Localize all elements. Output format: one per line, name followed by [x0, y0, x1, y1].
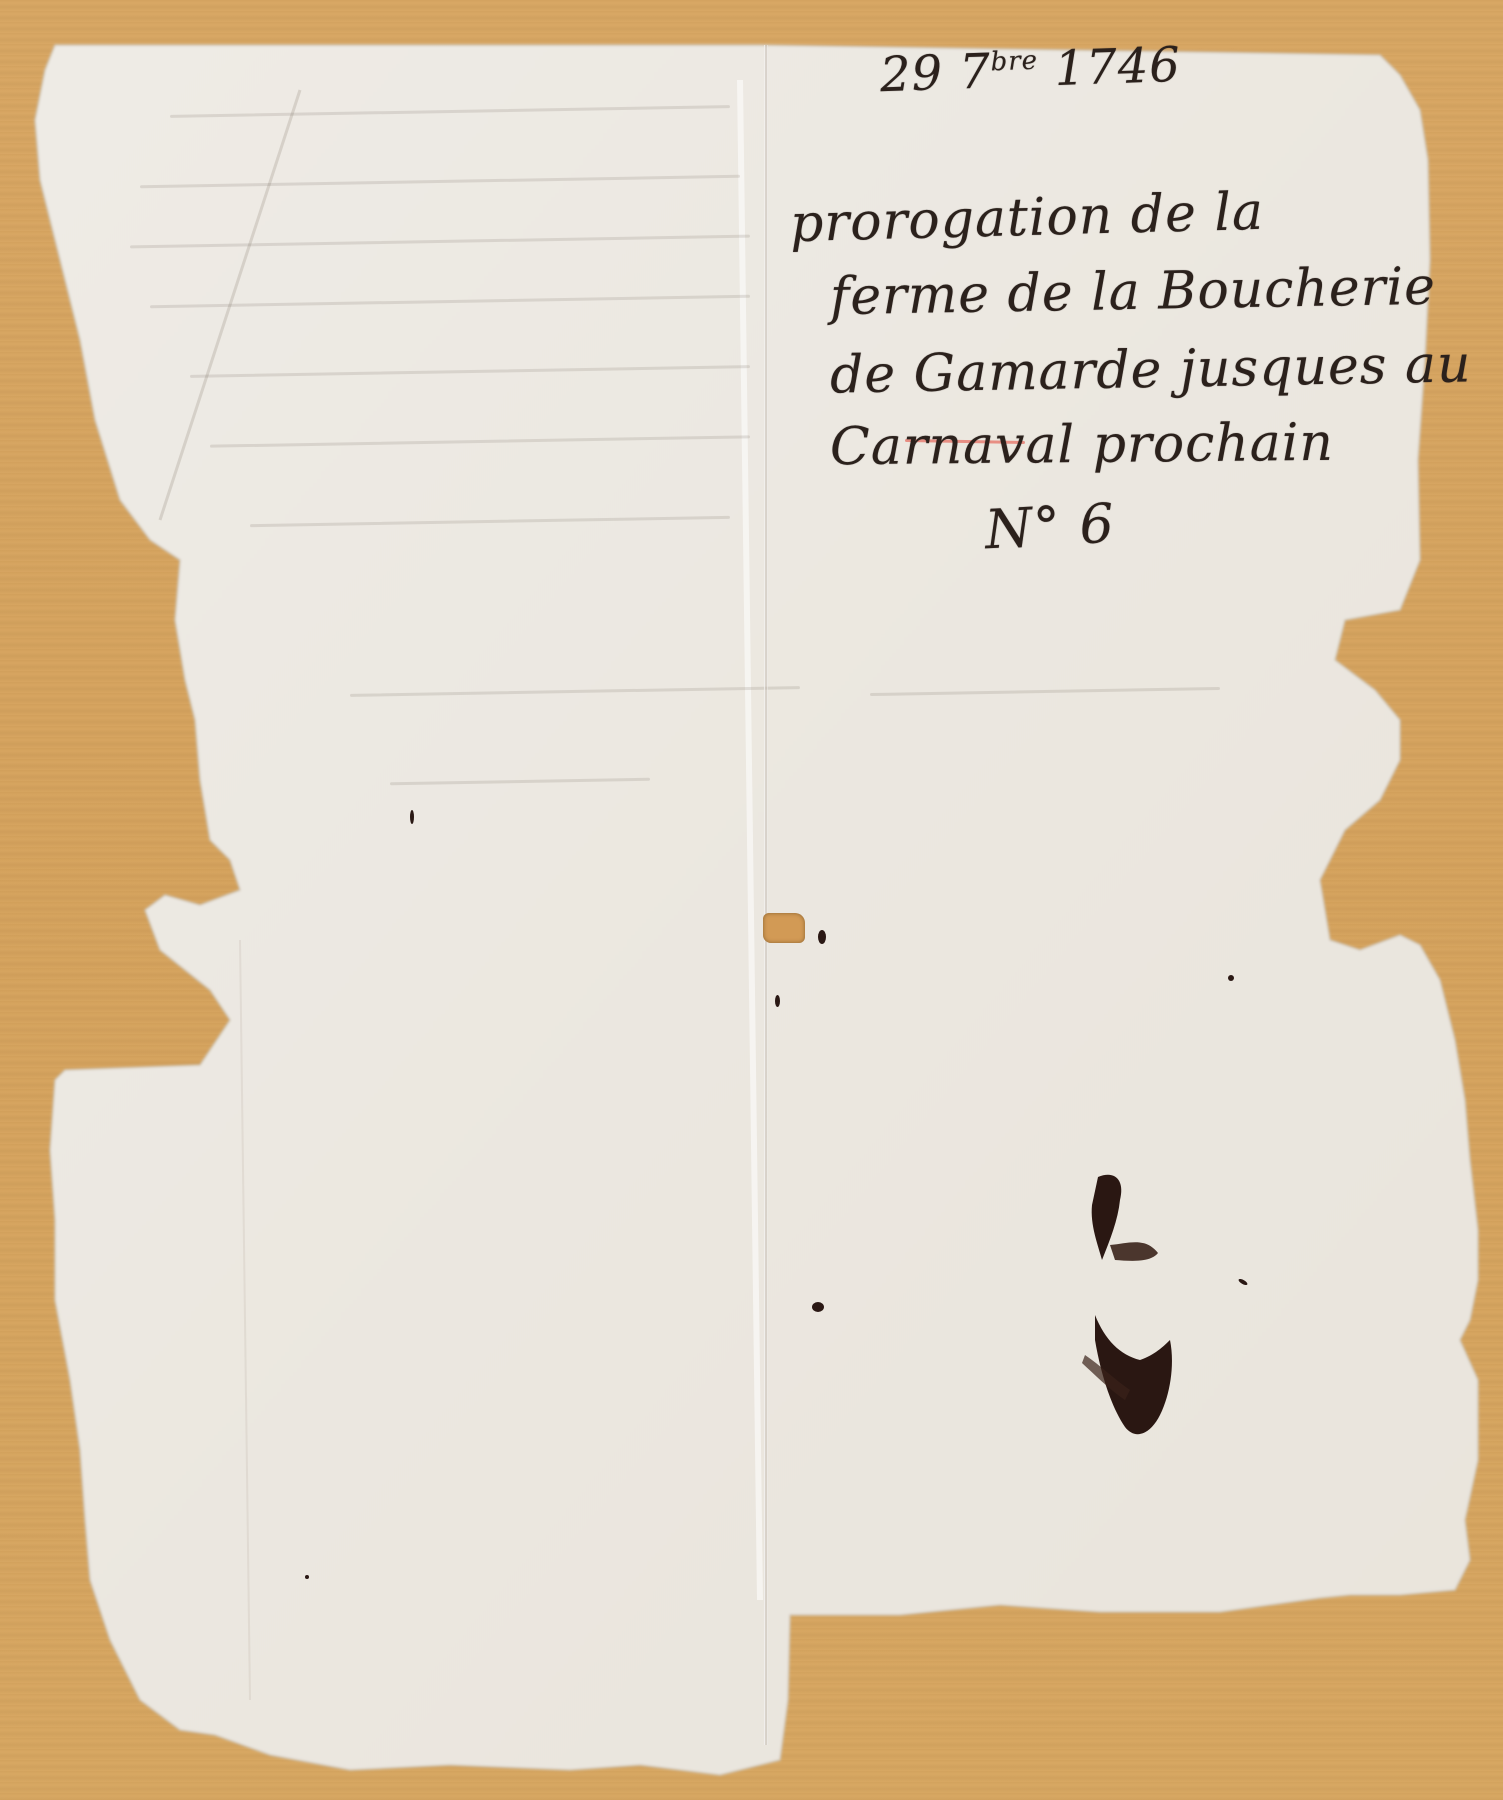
docket-line-4: Carnaval prochain	[830, 413, 1334, 477]
docket-date: 29 7bre 1746	[879, 37, 1182, 103]
paper-hole	[763, 913, 805, 943]
center-fold-crease	[764, 45, 768, 1745]
docket-line-2: ferme de la Boucherie	[830, 257, 1437, 328]
ink-speck	[818, 930, 826, 944]
ink-speck	[1228, 975, 1234, 981]
date-day: 29	[879, 45, 944, 103]
docket-line-3: de Gamarde jusques au	[830, 334, 1472, 405]
date-year: 1746	[1054, 37, 1182, 97]
ink-speck	[812, 1302, 824, 1312]
manuscript-sheet: 29 7bre 1746 prorogation de la ferme de …	[0, 0, 1503, 1800]
date-month: 7	[958, 43, 991, 100]
ink-speck	[410, 810, 414, 824]
docket-line-1: prorogation de la	[789, 182, 1264, 254]
ink-speck	[305, 1575, 309, 1579]
date-month-suffix: bre	[990, 46, 1038, 78]
docket-number: N° 6	[983, 492, 1116, 562]
ink-speck	[775, 995, 780, 1007]
ink-blot	[1070, 1165, 1200, 1445]
